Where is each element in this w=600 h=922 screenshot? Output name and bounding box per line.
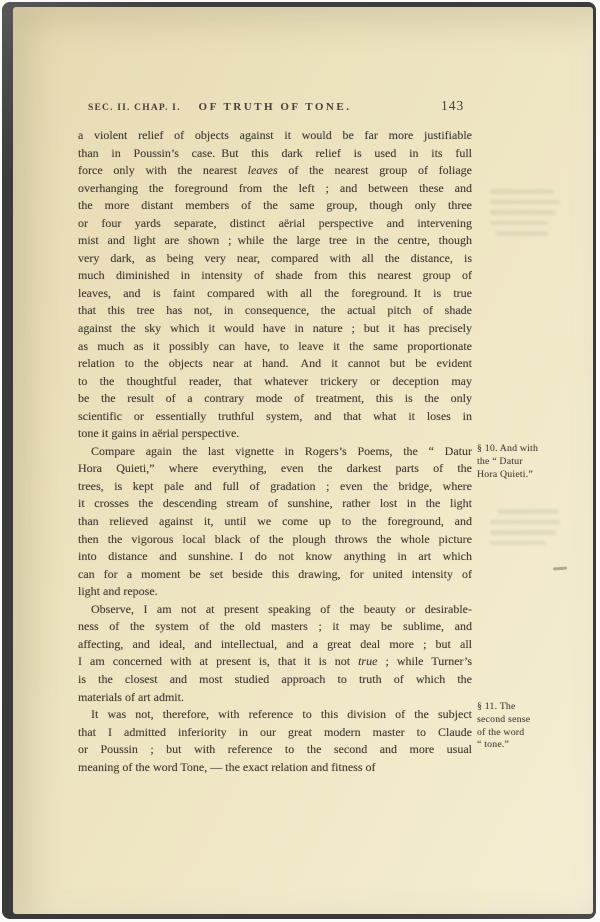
paragraph: a violent relief of objects against it w… [78, 127, 472, 443]
text-line: be the result of a contrary mode of trea… [78, 390, 472, 408]
text-line: I am concerned with at present is, that … [78, 653, 472, 671]
margin-note-line: the “ Datur [477, 456, 538, 469]
text-line: then the vigorous local black of the plo… [78, 531, 472, 549]
scan-speck [553, 567, 567, 570]
text-line: scientific or essentially truthful syste… [78, 408, 472, 426]
text-line: that I admitted inferiority in our great… [78, 724, 472, 742]
running-head-title: OF TRUTH OF TONE. [78, 101, 472, 113]
text-line: can for a moment be set beside this draw… [78, 566, 472, 584]
text-line: very dark, as being very near, compared … [78, 250, 472, 268]
text-line: Hora Quieti,” where everything, even the… [78, 460, 472, 478]
body-text-column: a violent relief of objects against it w… [78, 127, 472, 776]
showthrough-ghost [490, 503, 566, 551]
text-line: is the closest and most studied approach… [78, 671, 472, 689]
margin-note-line: § 11. The [477, 701, 530, 714]
text-line: relation to the objects near at hand. An… [78, 355, 472, 373]
text-line: into distance and sunshine. I do not kno… [78, 548, 472, 566]
page-header: SEC. II. CHAP. I. OF TRUTH OF TONE. 143 [13, 100, 593, 116]
text-line: materials of art admit. [78, 689, 472, 707]
margin-note-line: § 10. And with [477, 443, 538, 456]
book-page-scan: SEC. II. CHAP. I. OF TRUTH OF TONE. 143 … [0, 0, 600, 922]
text-line: mist and light are shown ; while the lar… [78, 232, 472, 250]
text-line: affecting, and ideal, and intellectual, … [78, 636, 472, 654]
page-paper: SEC. II. CHAP. I. OF TRUTH OF TONE. 143 … [13, 7, 593, 914]
text-line: it crosses the descending stream of suns… [78, 495, 472, 513]
text-line: or four yards separate, distinct aërial … [78, 215, 472, 233]
paragraph: Observe, I am not at present speaking of… [78, 601, 472, 706]
text-line: Compare again the last vignette in Roger… [78, 443, 472, 461]
text-line: It was not, therefore, with reference to… [78, 706, 472, 724]
text-line: that this tree has not, in consequence, … [78, 302, 472, 320]
text-line: meaning of the word Tone, — the exact re… [78, 759, 472, 777]
margin-note-10: § 10. And withthe “ DaturHora Quieti.” [477, 443, 538, 481]
text-line: overhanging the foreground from the left… [78, 180, 472, 198]
text-line: against the sky which it would have in n… [78, 320, 472, 338]
text-line: light and repose. [78, 583, 472, 601]
text-line: the more distant members of the same gro… [78, 197, 472, 215]
text-line: as much as it possibly can have, to leav… [78, 338, 472, 356]
margin-note-line: “ tone.” [477, 739, 530, 752]
text-line: leaves, and is faint compared with all t… [78, 285, 472, 303]
margin-note-line: second sense [477, 714, 530, 727]
text-line: Observe, I am not at present speaking of… [78, 601, 472, 619]
text-line: than in Poussin’s case. But this dark re… [78, 145, 472, 163]
text-line: a violent relief of objects against it w… [78, 127, 472, 145]
text-line: ness of the system of the old masters ; … [78, 618, 472, 636]
scan-dark-frame: SEC. II. CHAP. I. OF TRUTH OF TONE. 143 … [2, 2, 596, 919]
margin-note-line: of the word [477, 727, 530, 740]
paragraph: Compare again the last vignette in Roger… [78, 443, 472, 601]
text-line: much diminished in intensity of shade fr… [78, 267, 472, 285]
text-line: tone it gains in aërial perspective. [78, 425, 472, 443]
margin-note-11: § 11. Thesecond senseof the word“ tone.” [477, 701, 530, 752]
text-line: force only with the nearest leaves of th… [78, 162, 472, 180]
margin-note-line: Hora Quieti.” [477, 469, 538, 482]
paragraph: It was not, therefore, with reference to… [78, 706, 472, 776]
page-number: 143 [441, 98, 464, 114]
text-line: than relieved against it, until we come … [78, 513, 472, 531]
text-line: to the thoughtful reader, that whatever … [78, 373, 472, 391]
text-line: trees, is kept pale and full of gradatio… [78, 478, 472, 496]
showthrough-ghost [490, 183, 562, 242]
text-line: or Poussin ; but with reference to the s… [78, 741, 472, 759]
